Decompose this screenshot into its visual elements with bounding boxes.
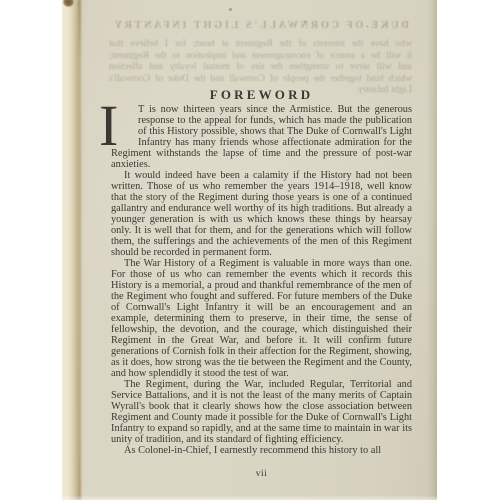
showthrough-line: who have the interests of the Regiment a… xyxy=(109,38,412,49)
showthrough-line: which bind together the people of Cornwa… xyxy=(109,73,412,84)
showthrough-line: and will serve to strengthen the ties of… xyxy=(109,61,412,72)
page-number: vii xyxy=(111,469,412,479)
foreword-paragraph: I T is now thirteen years since the Armi… xyxy=(111,104,412,170)
page-bottom-edge-highlight xyxy=(62,495,437,500)
gutter-shadow-line xyxy=(78,0,81,500)
foreword-text-block: I T is now thirteen years since the Armi… xyxy=(111,104,412,456)
paragraph-text: T is now thirteen years since the Armist… xyxy=(111,104,412,170)
book-page-photo: DUKE OF CORNWALL'S LIGHT INFANTRY who ha… xyxy=(0,0,500,500)
foreword-paragraph: As Colonel-in-Chief, I earnestly recomme… xyxy=(111,445,412,456)
foreword-paragraph: The War History of a Regiment is valuabl… xyxy=(111,258,412,379)
book-page: DUKE OF CORNWALL'S LIGHT INFANTRY who ha… xyxy=(62,0,437,500)
foreword-paragraph: It would indeed have been a calamity if … xyxy=(111,170,412,258)
showthrough-heading: DUKE OF CORNWALL'S LIGHT INFANTRY xyxy=(109,20,412,31)
paper-specks xyxy=(62,0,63,1)
page-title: FOREWORD xyxy=(111,87,412,103)
page-right-edge-shadow xyxy=(427,0,437,500)
foreword-paragraph: The Regiment, during the War, included R… xyxy=(111,379,412,445)
dropcap-letter: I xyxy=(99,97,118,155)
showthrough-line: it will be a source of encouragement and… xyxy=(109,50,412,61)
showthrough-text: DUKE OF CORNWALL'S LIGHT INFANTRY who ha… xyxy=(109,20,412,95)
